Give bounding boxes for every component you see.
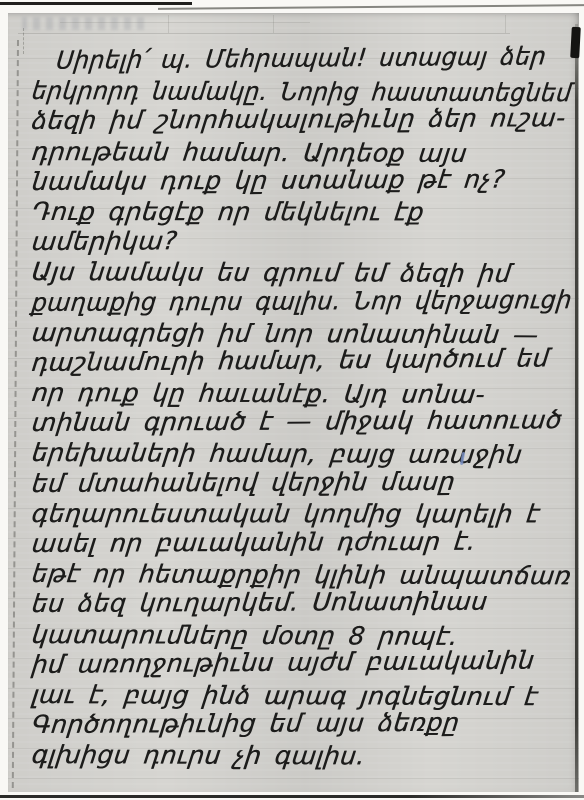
ghost-table-line (18, 33, 510, 34)
handwriting-line: Գործողութիւնից եմ այս ձեռքը (30, 707, 574, 740)
handwriting-line: Սիրելի՛ պ. Մեհրապան! ստացայ ձեր (30, 42, 543, 77)
fold-crease-top (23, 28, 24, 54)
scan-edge-bottom (0, 795, 584, 798)
scan-edge-top (0, 2, 192, 5)
handwriting-line: ձեզի իմ շնորհակալութիւնը ձեր ուշա- (30, 104, 574, 137)
handwriting-line: ասել որ բաւականին դժուար է. (30, 526, 574, 559)
handwriting-line: դաշնամուրի համար, ես կարծում եմ (30, 343, 574, 378)
handwriting-line: եմ մտահանելով վերջին մասը (30, 466, 574, 499)
ghost-table-tick (505, 15, 506, 33)
handwriting-line: իմ առողջութիւնս այժմ բաւականին (30, 645, 574, 680)
handwriting-line: ամերիկա? (30, 224, 574, 257)
scan-edge-top-thin (158, 4, 584, 10)
handwriting-line: գլխիցս դուրս չի գալիս. (30, 740, 574, 773)
scan-corner-mark (570, 27, 581, 58)
handwriting-line: գեղարուեստական կողմից կարելի է (30, 499, 574, 530)
handwriting-line: քաղաքից դուրս գալիս. Նոր վերջացուցի (30, 285, 545, 318)
handwriting-line: նամակս դուք կը ստանաք թէ ոչ? (30, 164, 574, 197)
page-right-edge-shadow (575, 24, 578, 792)
handwriting-line: ես ձեզ կուղարկեմ. Սոնատինաս (30, 587, 574, 620)
ghost-table-tick (273, 15, 274, 33)
handwriting-block: Սիրելի՛ պ. Մեհրապան! ստացայ ձեր երկրորդ … (30, 46, 570, 794)
ghost-table-tick (168, 15, 169, 33)
scanned-letter-photocopy: { "letter": { "language": "Armenian (han… (0, 0, 584, 800)
print-bleedthrough-ghost (22, 17, 144, 30)
handwriting-line: տինան գրուած է — միջակ հատուած (30, 405, 574, 438)
handwriting-line: Դուք գրեցէք որ մեկնելու էք (30, 197, 574, 228)
